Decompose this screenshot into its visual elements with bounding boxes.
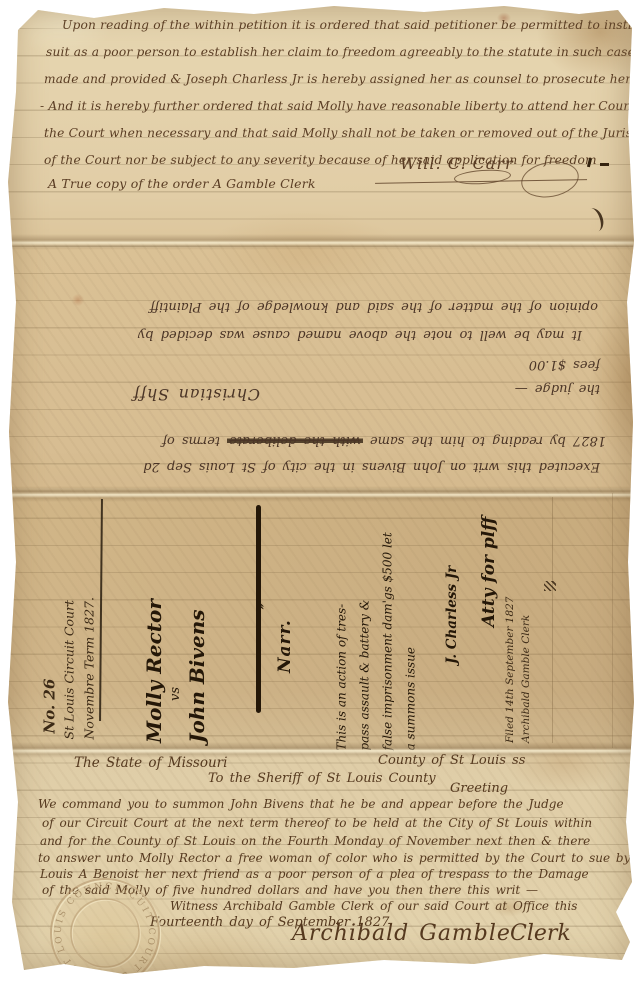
sheriff-address: To the Sheriff of St Louis County (208, 771, 436, 786)
clerk-signature: Archibald Gamble (292, 921, 511, 946)
fees-note: fees $1.00 (529, 357, 600, 372)
ink-mark (600, 163, 609, 166)
filing-clerk: Archibald Gamble Clerk (518, 593, 534, 743)
sheriff-signature: Christian Shff (133, 385, 260, 404)
order-line: the Court when necessary and that said M… (44, 120, 626, 147)
attestation-line: A True copy of the order A Gamble Clerk (48, 170, 316, 197)
action-note-line: a summons issue (400, 501, 423, 751)
clerk-title: Clerk (510, 921, 571, 946)
upside-down-notes-section: Executed this writ on John Bivens in the… (28, 248, 612, 488)
greeting-label: Greeting (450, 781, 508, 796)
state-heading: The State of Missouri (74, 755, 227, 771)
filing-note-block: Filed 14th September 1827 Archibald Gamb… (502, 593, 536, 743)
paper-edge-line (612, 493, 613, 748)
witness-line: Witness Archibald Gamble Clerk of our sa… (170, 899, 577, 913)
writ-body-line: We command you to summon John Bivens tha… (38, 797, 564, 811)
document-scan: Upon reading of the within petition it i… (0, 0, 640, 1001)
struck-through-text: with the deliberate (227, 433, 363, 448)
paper-sheet: Upon reading of the within petition it i… (4, 2, 636, 974)
county-heading: County of St Louis ss (378, 753, 525, 768)
ink-mark (544, 581, 556, 591)
case-number: No. 26 (40, 495, 60, 734)
return-text: terms of (162, 433, 227, 448)
pleading-label: Narr. (275, 563, 305, 673)
court-term: Novembre Term 1827. (80, 495, 100, 740)
vertical-crease (552, 497, 553, 743)
plaintiff-name: Molly Rector (138, 508, 171, 743)
defendant-name: John Bivens (181, 508, 214, 743)
order-line: made and provided & Joseph Charless Jr i… (44, 66, 626, 93)
memo-line: opinion of the matter of the said and kn… (150, 299, 598, 314)
order-line: Upon reading of the within petition it i… (62, 12, 626, 39)
docket-caption-block: No. 26 St Louis Circuit Court Novembre T… (40, 495, 102, 740)
seal-ring-inner (71, 899, 139, 967)
order-line: - And it is hereby further ordered that … (40, 93, 626, 120)
docket-section: No. 26 St Louis Circuit Court Novembre T… (28, 493, 620, 750)
sheriff-return-line: 1827 by reading to him the same with the… (162, 433, 606, 448)
attorney-signature: J. Charless Jr (444, 514, 470, 664)
order-line: suit as a poor person to establish her c… (46, 39, 626, 66)
seal-ring-outer (51, 879, 159, 987)
court-seal: CIRCUIT COURT SEAL · ST LOUIS COUNTY · (40, 868, 170, 998)
action-note-line: This is an action of tres- (331, 501, 354, 751)
action-note-line: false imprisonment dam'gs $500 let (377, 501, 400, 751)
seal-center-emblem (83, 919, 127, 949)
ditto-mark: ″ (259, 604, 274, 610)
case-parties-block: Molly Rector vs John Bivens (138, 508, 243, 743)
action-note-line: pass assault & battery & (354, 501, 377, 751)
return-text: 1827 by reading to him the same (363, 433, 606, 448)
versus-label: vs (171, 508, 181, 701)
memo-line: It may be well to note the above named c… (138, 327, 582, 342)
sheriff-return-line: Executed this writ on John Bivens in the… (143, 459, 600, 474)
court-order-section: Upon reading of the within petition it i… (40, 12, 626, 238)
writ-body-line: of our Circuit Court at the next term th… (42, 816, 592, 830)
action-note-block: This is an action of tres- pass assault … (331, 501, 426, 751)
writ-body-line: to answer unto Molly Rector a free woman… (38, 851, 630, 865)
judge-note: the judge — (515, 381, 600, 396)
court-name: St Louis Circuit Court (60, 495, 80, 740)
filing-date: Filed 14th September 1827 (502, 593, 518, 743)
writ-body-line: and for the County of St Louis on the Fo… (40, 834, 590, 848)
